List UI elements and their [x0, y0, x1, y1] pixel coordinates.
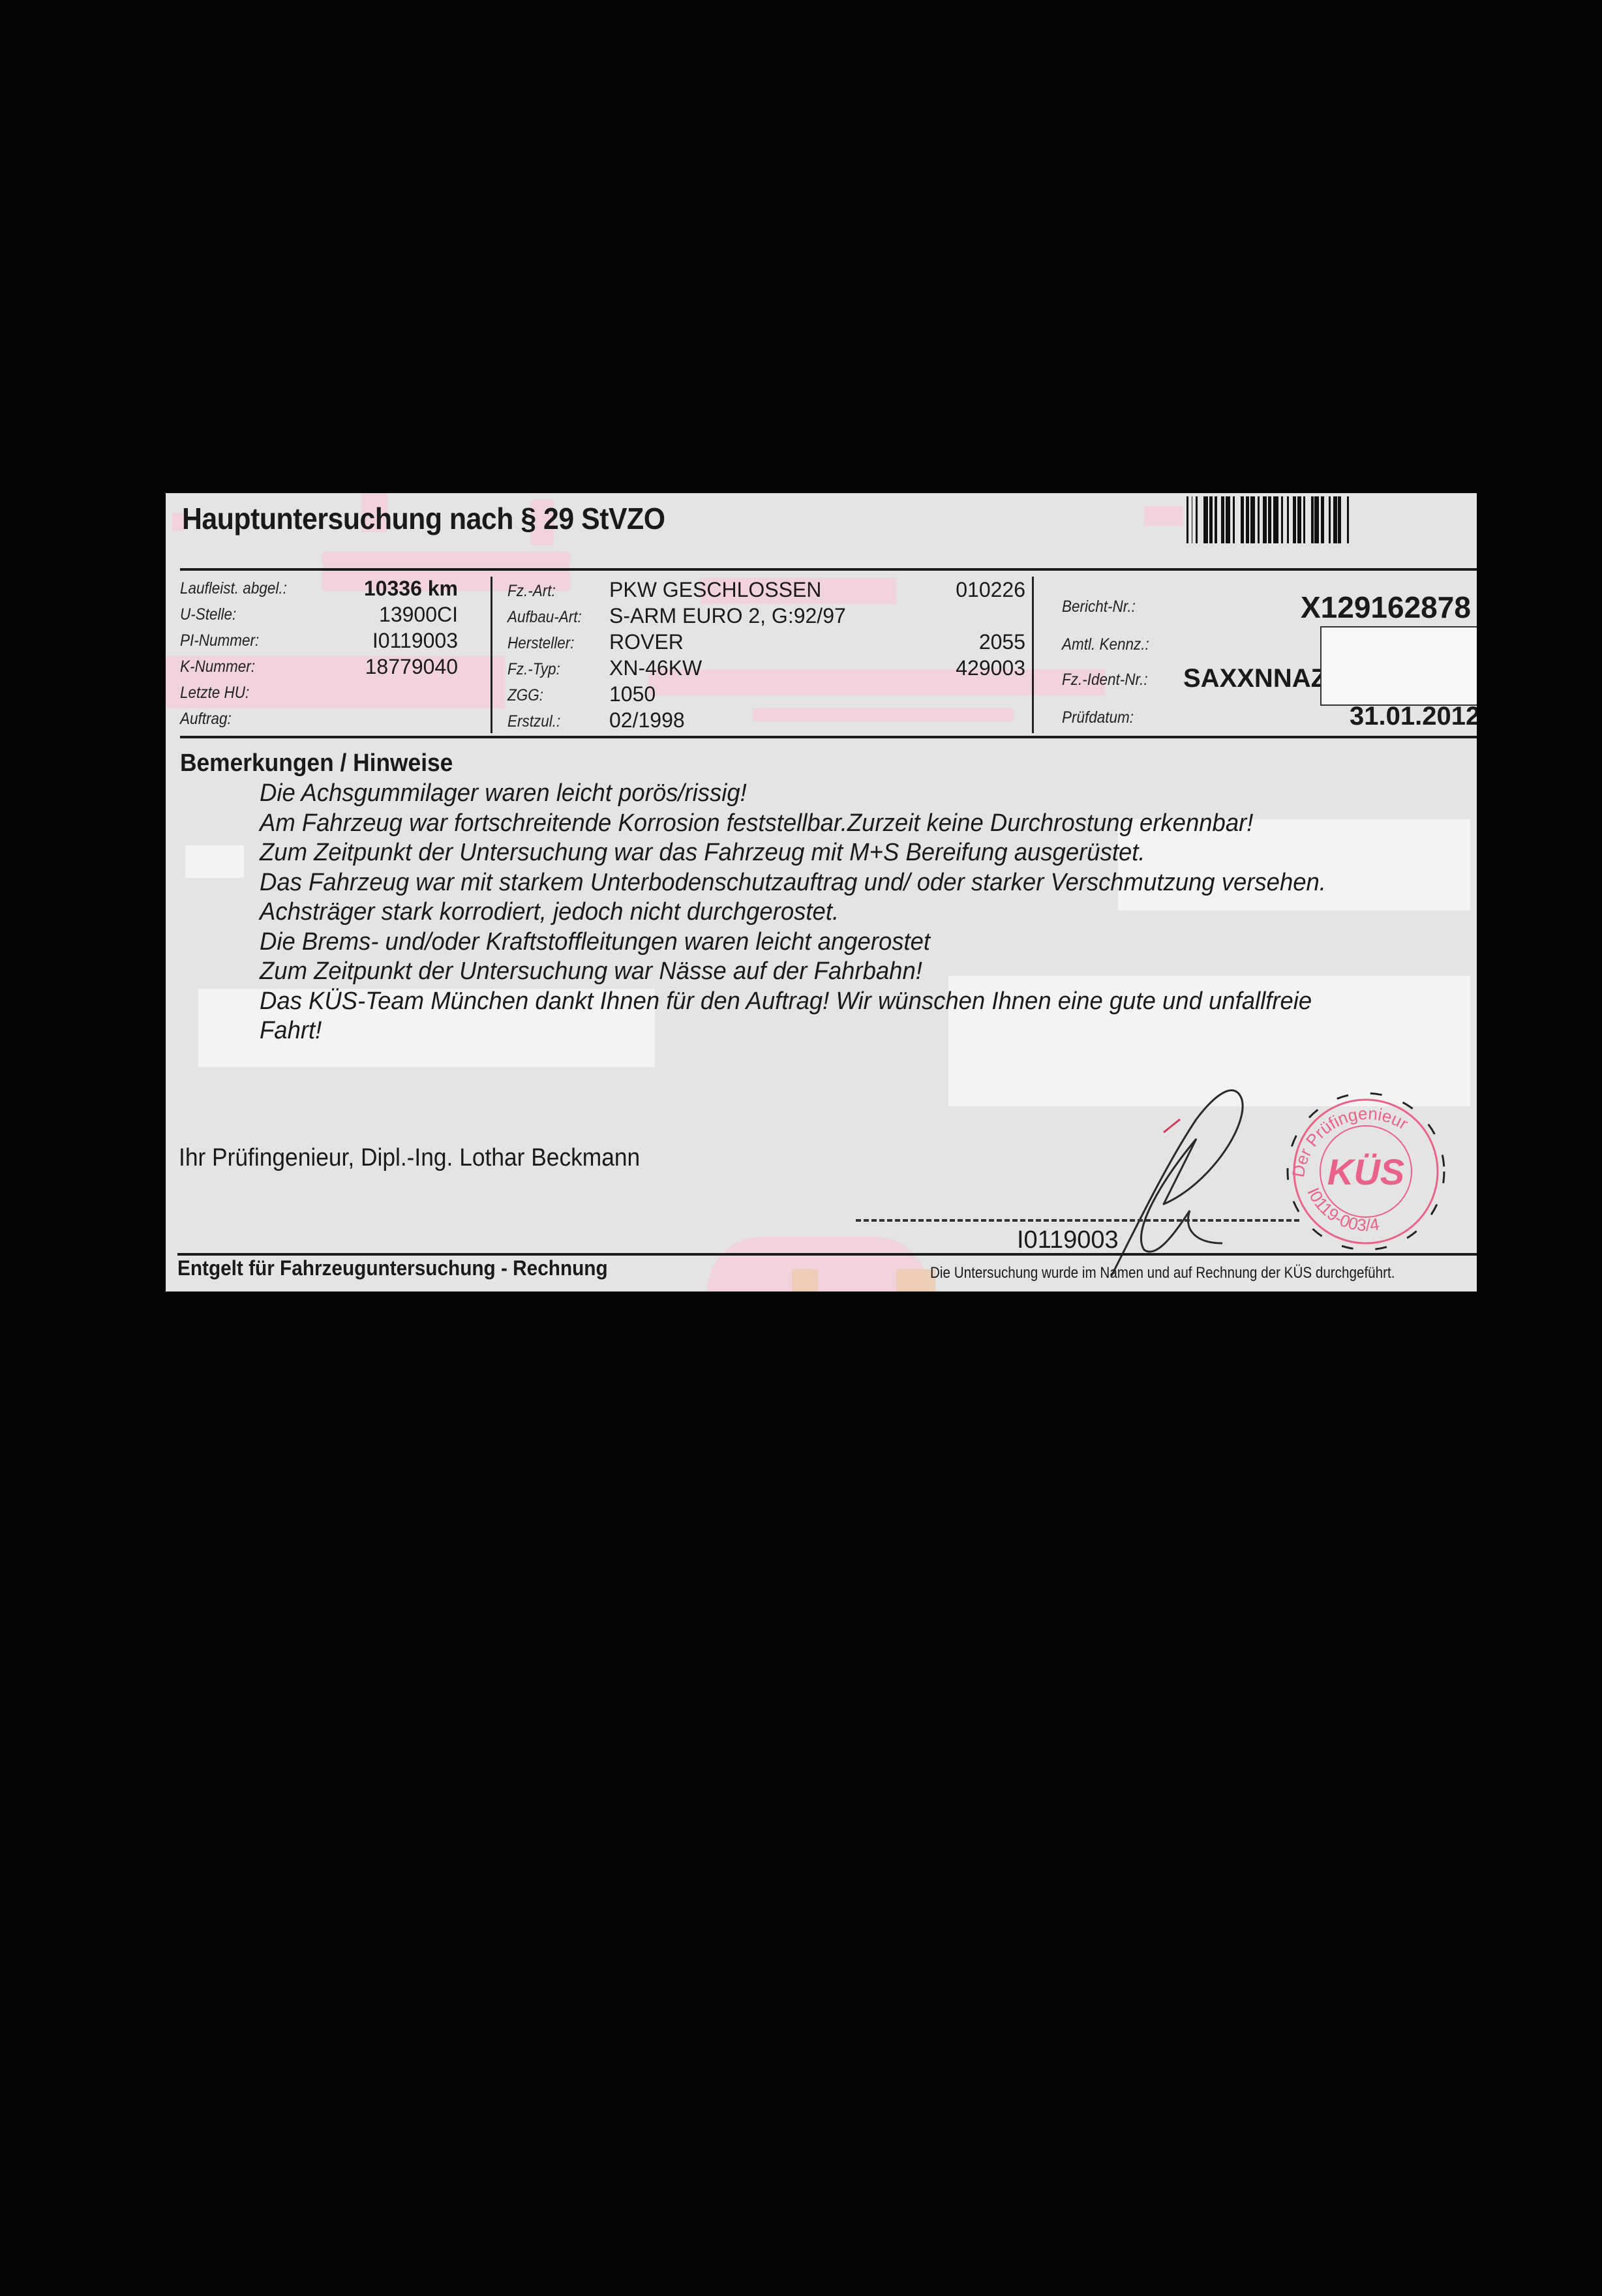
remark-line: Zum Zeitpunkt der Untersuchung war Nässe… [260, 957, 1425, 987]
field-label: Erstzul.: [507, 712, 560, 731]
field-label: Fz.-Art: [507, 582, 556, 601]
remark-line: Achsträger stark korrodiert, jedoch nich… [260, 898, 1425, 928]
report-number: X129162878 [1301, 590, 1471, 625]
field-label: Laufleist. abgel.: [180, 579, 287, 598]
field-label: K-Nummer: [180, 657, 255, 676]
column-divider [1032, 577, 1034, 733]
remark-line: Die Achsgummilager waren leicht porös/ri… [260, 779, 1425, 809]
field-label: Fz.-Typ: [507, 660, 560, 679]
field-label: Letzte HU: [180, 684, 249, 702]
remark-line: Am Fahrzeug war fortschreitende Korrosio… [260, 809, 1425, 839]
remarks-list: Die Achsgummilager waren leicht porös/ri… [260, 779, 1473, 1046]
invoice-heading: Entgelt für Fahrzeuguntersuchung - Rechn… [177, 1256, 608, 1280]
field-label: PI-Nummer: [180, 631, 259, 650]
remarks-heading: Bemerkungen / Hinweise [180, 749, 453, 778]
inspection-report: Hauptuntersuchung nach § 29 StVZO Laufle… [166, 493, 1477, 1291]
pi-number: I0119003 [1017, 1226, 1119, 1254]
plate-label: Amtl. Kennz.: [1062, 635, 1149, 654]
remark-line: Fahrt! [260, 1016, 1425, 1046]
field-label: Hersteller: [507, 634, 575, 653]
remark-line: Zum Zeitpunkt der Untersuchung war das F… [260, 838, 1425, 868]
field-value: PKW GESCHLOSSEN [609, 578, 821, 602]
field-label: Auftrag: [180, 710, 232, 729]
field-value: S-ARM EURO 2, G:92/97 [609, 604, 846, 628]
field-value: 10336 km [364, 577, 458, 601]
inspection-date: 31.01.2012 [1350, 702, 1477, 731]
field-value: 02/1998 [609, 708, 685, 733]
footer-note: Die Untersuchung wurde im Namen und auf … [930, 1264, 1395, 1282]
field-value: 13900CI [379, 603, 458, 627]
field-value: 1050 [609, 682, 656, 706]
report-number-label: Bericht-Nr.: [1062, 597, 1136, 616]
field-code: 429003 [956, 656, 1025, 680]
field-code: 010226 [956, 578, 1025, 602]
vin-value: SAXXNNAZ [1183, 664, 1327, 693]
field-code: 2055 [979, 630, 1025, 654]
field-label: ZGG: [507, 686, 543, 705]
field-value: XN-46KW [609, 656, 702, 680]
field-value: 18779040 [365, 655, 458, 679]
remark-line: Das KÜS-Team München dankt Ihnen für den… [260, 987, 1425, 1017]
kues-stamp-icon: Der Prüfingenieur I0119-003/4 KÜS [1278, 1080, 1454, 1256]
field-value: I0119003 [372, 629, 458, 653]
field-value: ROVER [609, 630, 684, 654]
barcode-icon [1186, 496, 1477, 543]
field-label: Aufbau-Art: [507, 608, 582, 627]
header-divider [180, 568, 1477, 571]
engineer-name: Ihr Prüfingenieur, Dipl.-Ing. Lothar Bec… [179, 1144, 640, 1172]
svg-text:KÜS: KÜS [1327, 1151, 1404, 1192]
inspection-date-label: Prüfdatum: [1062, 708, 1134, 727]
field-label: U-Stelle: [180, 605, 236, 624]
signature-icon [1066, 1080, 1262, 1291]
column-divider [491, 577, 492, 733]
plate-redaction-box [1320, 626, 1477, 706]
info-divider [180, 736, 1477, 738]
signature-line [856, 1219, 1299, 1222]
remark-line: Das Fahrzeug war mit starkem Unterbodens… [260, 868, 1425, 898]
footer-divider [177, 1253, 1477, 1256]
vin-label: Fz.-Ident-Nr.: [1062, 671, 1148, 689]
document-title: Hauptuntersuchung nach § 29 StVZO [182, 501, 665, 536]
remark-line: Die Brems- und/oder Kraftstoffleitungen … [260, 928, 1425, 958]
